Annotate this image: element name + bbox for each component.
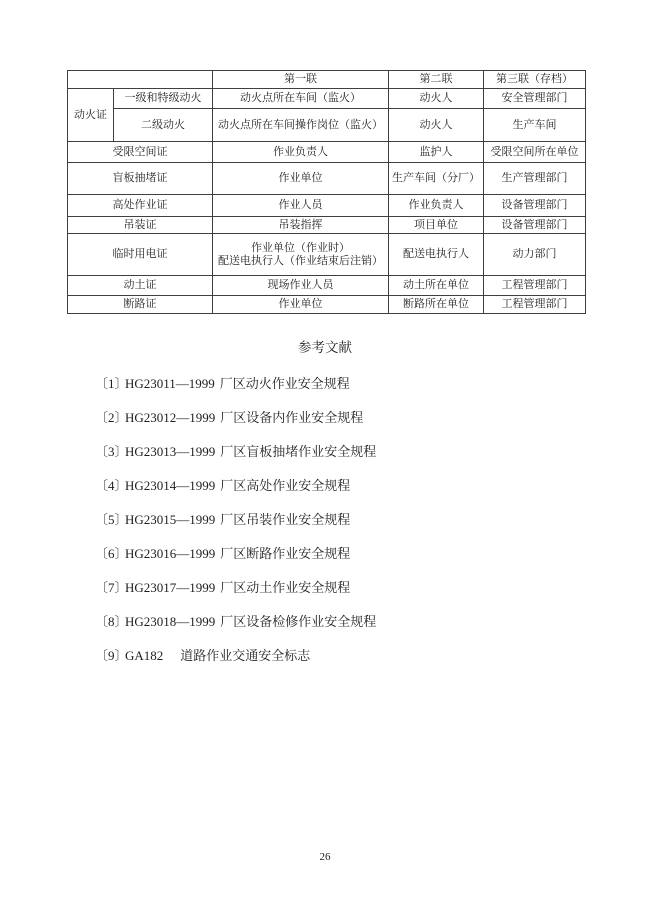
list-item: 〔9〕GA182道路作业交通安全标志 [95, 649, 650, 662]
cell-first: 作业人员 [213, 195, 389, 217]
cell-cert: 受限空间证 [68, 142, 213, 163]
table-row: 吊装证 吊装指挥 项目单位 设备管理部门 [68, 217, 586, 234]
cell-second: 断路所在单位 [389, 296, 484, 314]
reference-number: 〔2〕 [95, 411, 125, 424]
reference-number: 〔8〕 [95, 615, 125, 628]
table-row: 断路证 作业单位 断路所在单位 工程管理部门 [68, 296, 586, 314]
references-list: 〔1〕HG23011—1999厂区动火作业安全规程 〔2〕HG23012—199… [95, 377, 650, 662]
cell-second: 作业负责人 [389, 195, 484, 217]
cell-cert: 吊装证 [68, 217, 213, 234]
cell-first: 动火点所在车间操作岗位（监火） [213, 109, 389, 142]
page-number: 26 [0, 851, 650, 863]
reference-number: 〔1〕 [95, 377, 125, 390]
list-item: 〔8〕HG23018—1999厂区设备检修作业安全规程 [95, 615, 650, 628]
table-row: 盲板抽堵证 作业单位 生产车间（分厂） 生产管理部门 [68, 163, 586, 195]
cell-cert: 断路证 [68, 296, 213, 314]
list-item: 〔3〕HG23013—1999厂区盲板抽堵作业安全规程 [95, 445, 650, 458]
cell-second: 动土所在单位 [389, 276, 484, 296]
reference-title: 厂区设备内作业安全规程 [220, 410, 363, 425]
cell-subtype: 二级动火 [114, 109, 213, 142]
list-item: 〔7〕HG23017—1999厂区动土作业安全规程 [95, 581, 650, 594]
reference-number: 〔5〕 [95, 513, 125, 526]
cell-third: 生产管理部门 [484, 163, 586, 195]
header-cell-first-copy: 第一联 [213, 71, 389, 89]
reference-code: HG23013—1999 [125, 444, 215, 459]
reference-title: 厂区高处作业安全规程 [220, 478, 350, 493]
table-row: 受限空间证 作业负责人 监护人 受限空间所在单位 [68, 142, 586, 163]
reference-number: 〔7〕 [95, 581, 125, 594]
reference-code: HG23017—1999 [125, 580, 215, 595]
cell-subtype: 一级和特级动火 [114, 89, 213, 109]
cell-second: 生产车间（分厂） [389, 163, 484, 195]
header-cell-blank [68, 71, 213, 89]
cell-second: 配送电执行人 [389, 234, 484, 276]
cell-third: 生产车间 [484, 109, 586, 142]
reference-code: HG23014—1999 [125, 478, 215, 493]
cell-first: 作业单位 [213, 163, 389, 195]
cell-third: 动力部门 [484, 234, 586, 276]
cell-first: 作业单位 [213, 296, 389, 314]
cell-cert: 盲板抽堵证 [68, 163, 213, 195]
cell-first: 动火点所在车间（监火） [213, 89, 389, 109]
cell-third: 受限空间所在单位 [484, 142, 586, 163]
document-page: 第一联 第二联 第三联（存档） 动火证 一级和特级动火 动火点所在车间（监火） … [0, 0, 650, 919]
reference-number: 〔3〕 [95, 445, 125, 458]
cell-first: 吊装指挥 [213, 217, 389, 234]
list-item: 〔1〕HG23011—1999厂区动火作业安全规程 [95, 377, 650, 390]
reference-title: 厂区设备检修作业安全规程 [220, 614, 376, 629]
reference-code: HG23018—1999 [125, 614, 215, 629]
reference-title: 道路作业交通安全标志 [180, 648, 310, 663]
cell-third: 工程管理部门 [484, 276, 586, 296]
reference-code: HG23011—1999 [125, 376, 215, 391]
list-item: 〔2〕HG23012—1999厂区设备内作业安全规程 [95, 411, 650, 424]
references-title: 参考文献 [0, 341, 650, 355]
reference-title: 厂区断路作业安全规程 [220, 546, 350, 561]
reference-number: 〔6〕 [95, 547, 125, 560]
cell-third: 安全管理部门 [484, 89, 586, 109]
cell-first: 作业单位（作业时） 配送电执行人（作业结束后注销） [213, 234, 389, 276]
references-section: 参考文献 〔1〕HG23011—1999厂区动火作业安全规程 〔2〕HG2301… [0, 341, 650, 683]
table-row: 二级动火 动火点所在车间操作岗位（监火） 动火人 生产车间 [68, 109, 586, 142]
table-row: 临时用电证 作业单位（作业时） 配送电执行人（作业结束后注销） 配送电执行人 动… [68, 234, 586, 276]
list-item: 〔4〕HG23014—1999厂区高处作业安全规程 [95, 479, 650, 492]
list-item: 〔5〕HG23015—1999厂区吊装作业安全规程 [95, 513, 650, 526]
cell-cert: 高处作业证 [68, 195, 213, 217]
table-row: 动土证 现场作业人员 动土所在单位 工程管理部门 [68, 276, 586, 296]
reference-code: HG23016—1999 [125, 546, 215, 561]
reference-code: HG23015—1999 [125, 512, 215, 527]
reference-number: 〔4〕 [95, 479, 125, 492]
cell-first: 作业负责人 [213, 142, 389, 163]
table-row: 高处作业证 作业人员 作业负责人 设备管理部门 [68, 195, 586, 217]
cell-cert: 临时用电证 [68, 234, 213, 276]
cell-cert: 动土证 [68, 276, 213, 296]
table-row: 动火证 一级和特级动火 动火点所在车间（监火） 动火人 安全管理部门 [68, 89, 586, 109]
cell-second: 监护人 [389, 142, 484, 163]
reference-title: 厂区动土作业安全规程 [220, 580, 350, 595]
cell-third: 工程管理部门 [484, 296, 586, 314]
cell-cert-group: 动火证 [68, 89, 114, 142]
reference-code: HG23012—1999 [125, 410, 215, 425]
reference-title: 厂区动火作业安全规程 [220, 376, 350, 391]
permit-table: 第一联 第二联 第三联（存档） 动火证 一级和特级动火 动火点所在车间（监火） … [67, 70, 586, 314]
cell-first-line1: 作业单位（作业时） [215, 242, 386, 255]
cell-first: 现场作业人员 [213, 276, 389, 296]
table-header-row: 第一联 第二联 第三联（存档） [68, 71, 586, 89]
cell-second: 项目单位 [389, 217, 484, 234]
cell-third: 设备管理部门 [484, 217, 586, 234]
header-cell-second-copy: 第二联 [389, 71, 484, 89]
cell-second: 动火人 [389, 109, 484, 142]
cell-third: 设备管理部门 [484, 195, 586, 217]
reference-title: 厂区吊装作业安全规程 [220, 512, 350, 527]
cell-second: 动火人 [389, 89, 484, 109]
reference-code: GA182 [125, 648, 163, 663]
cell-first-line2: 配送电执行人（作业结束后注销） [215, 255, 386, 268]
header-cell-third-copy: 第三联（存档） [484, 71, 586, 89]
reference-title: 厂区盲板抽堵作业安全规程 [220, 444, 376, 459]
reference-number: 〔9〕 [95, 649, 125, 662]
list-item: 〔6〕HG23016—1999厂区断路作业安全规程 [95, 547, 650, 560]
